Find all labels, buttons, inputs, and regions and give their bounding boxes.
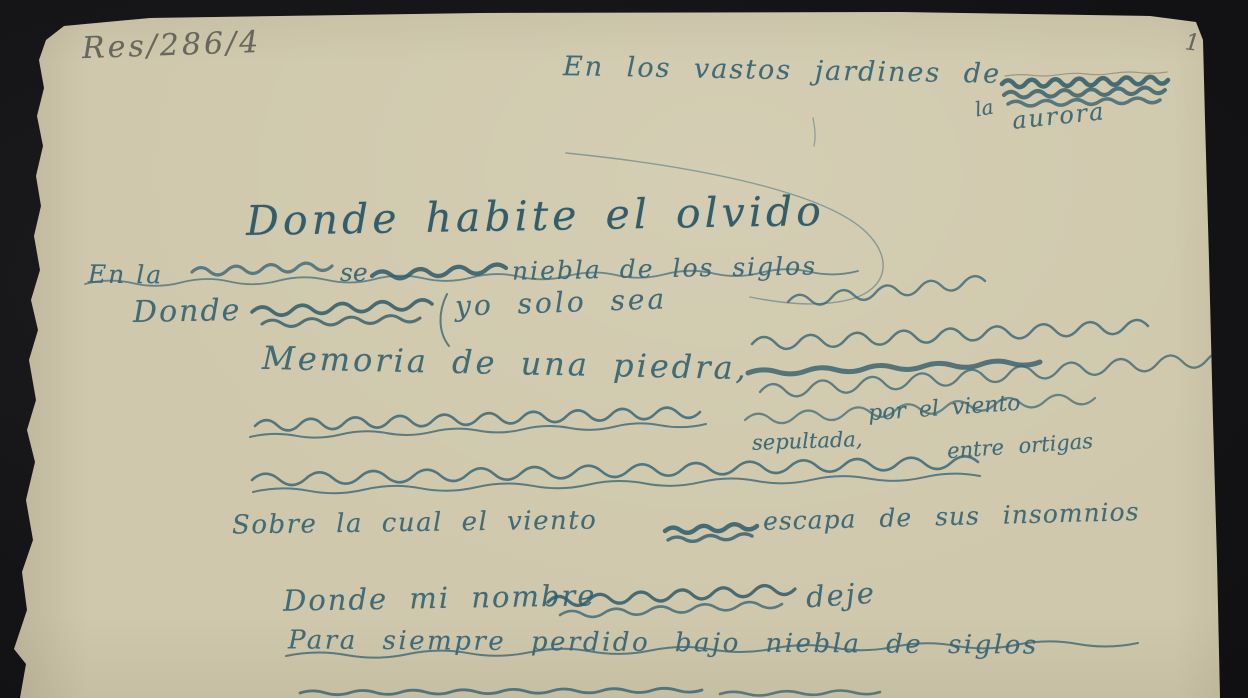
line-yo-solo-sea: yo solo sea [454, 282, 667, 322]
word-aurora: aurora [1011, 97, 1107, 135]
paren-stroke [440, 294, 449, 346]
scribble-en-la-1 [192, 263, 332, 275]
struck-fragment-en-la: En la [88, 260, 163, 290]
struck-fragment-se: se [340, 258, 368, 287]
strike-row-1 [250, 423, 706, 437]
page-number: 1 [1184, 29, 1201, 56]
line-memoria: Memoria de una piedra, [262, 339, 750, 387]
stray-stroke [813, 118, 815, 146]
photograph-background: Res/286/4 1 En los vastos jardines de la… [0, 0, 1248, 698]
poem-title-line: Donde habite el olvido [246, 187, 826, 245]
word-donde: Donde [133, 293, 242, 330]
scribble-donde-deletion-2 [262, 316, 420, 327]
scribble-donde-deletion [252, 300, 432, 315]
scrawl-right-bar [748, 361, 1040, 374]
scribble-escapa-deletion-2 [668, 534, 752, 541]
scribble-aurora-deletion [1002, 77, 1168, 87]
struck-line-para-siempre: Para siempre perdido bajo niebla de sigl… [288, 625, 1039, 660]
word-deje: deje [805, 576, 877, 615]
scrawl-row-deletion-1 [255, 408, 700, 431]
fragment-entre-ortigas: entre ortigas [946, 429, 1093, 463]
archive-reference: Res/286/4 [81, 25, 261, 66]
strike-row-2 [253, 474, 980, 494]
scribble-aurora-deletion-2 [1004, 88, 1165, 98]
scrawl-right-2 [760, 352, 1232, 396]
scrawl-row-deletion-2 [252, 456, 978, 485]
line-escapa: escapa de sus insomnios [763, 497, 1140, 536]
fragment-sepultada: sepultada, [752, 427, 863, 455]
fragment-por-el-viento: por el viento [867, 391, 1021, 427]
manuscript-paper: Res/286/4 1 En los vastos jardines de la… [0, 0, 1248, 698]
scrawl-upper-right [788, 276, 985, 304]
bottom-partial-line-2 [720, 690, 880, 695]
line-jardines: En los vastos jardines de [563, 51, 1002, 90]
pencil-line-top [1005, 72, 1167, 76]
line-sobre-la-cual: Sobre la cual el viento [232, 505, 598, 540]
line-donde-mi-nombre: Donde mi nombre [283, 578, 597, 617]
bottom-partial-line [300, 688, 702, 694]
word-la: la [973, 95, 995, 122]
scribble-en-la-2 [372, 265, 506, 279]
scribble-escapa-deletion [665, 524, 757, 533]
struck-fragment-niebla: niebla de los siglos [512, 251, 817, 285]
scrawl-right-1 [752, 320, 1148, 349]
